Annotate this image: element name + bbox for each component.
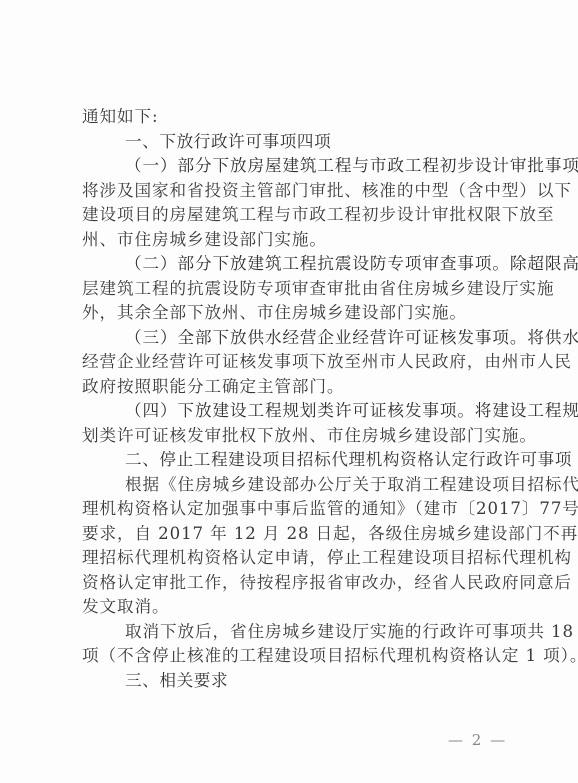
body-line: 项（不含停止核准的工程建设项目招标代理机构资格认定 1 项）。 xyxy=(82,644,494,669)
body-line: 资格认定审批工作，待按程序报省审改办，经省人民政府同意后 xyxy=(82,571,494,596)
body-line: 根据《住房城乡建设部办公厅关于取消工程建设项目招标代 xyxy=(82,473,494,498)
body-line: 经营企业经营许可证核发事项下放至州市人民政府，由州市人民 xyxy=(82,350,494,375)
body-line: 层建筑工程的抗震设防专项审查审批由省住房城乡建设厅实施 xyxy=(82,277,494,302)
body-line: 州、市住房城乡建设部门实施。 xyxy=(82,228,494,253)
body-line: 外，其余全部下放州、市住房城乡建设部门实施。 xyxy=(82,301,494,326)
section-heading: 二、停止工程建设项目招标代理机构资格认定行政许可事项 xyxy=(82,448,494,473)
body-line: 划类许可证核发审批权下放州、市住房城乡建设部门实施。 xyxy=(82,424,494,449)
subsection-line: （三）全部下放供水经营企业经营许可证核发事项。将供水 xyxy=(82,326,494,351)
body-line: 将涉及国家和省投资主管部门审批、核准的中型（含中型）以下 xyxy=(82,179,494,204)
body-line: 通知如下: xyxy=(82,105,494,130)
body-line: 建设项目的房屋建筑工程与市政工程初步设计审批权限下放至 xyxy=(82,203,494,228)
subsection-line: （一）部分下放房屋建筑工程与市政工程初步设计审批事项。 xyxy=(82,154,494,179)
page-number: — 2 — xyxy=(448,731,507,749)
document-body: 通知如下:一、下放行政许可事项四项（一）部分下放房屋建筑工程与市政工程初步设计审… xyxy=(82,105,494,693)
body-line: 政府按照职能分工确定主管部门。 xyxy=(82,375,494,400)
body-line: 理招标代理机构资格认定申请，停止工程建设项目招标代理机构 xyxy=(82,546,494,571)
body-line: 取消下放后，省住房城乡建设厅实施的行政许可事项共 18 xyxy=(82,620,494,645)
body-line: 理机构资格认定加强事中事后监管的通知》（建市〔2017〕77号） xyxy=(82,497,494,522)
subsection-line: （四）下放建设工程规划类许可证核发事项。将建设工程规 xyxy=(82,399,494,424)
section-heading: 三、相关要求 xyxy=(82,669,494,694)
document-page: 通知如下:一、下放行政许可事项四项（一）部分下放房屋建筑工程与市政工程初步设计审… xyxy=(0,0,578,783)
subsection-line: （二）部分下放建筑工程抗震设防专项审查事项。除超限高 xyxy=(82,252,494,277)
body-line: 发文取消。 xyxy=(82,595,494,620)
section-heading: 一、下放行政许可事项四项 xyxy=(82,130,494,155)
body-line: 要求，自 2017 年 12 月 28 日起，各级住房城乡建设部门不再受 xyxy=(82,522,494,547)
